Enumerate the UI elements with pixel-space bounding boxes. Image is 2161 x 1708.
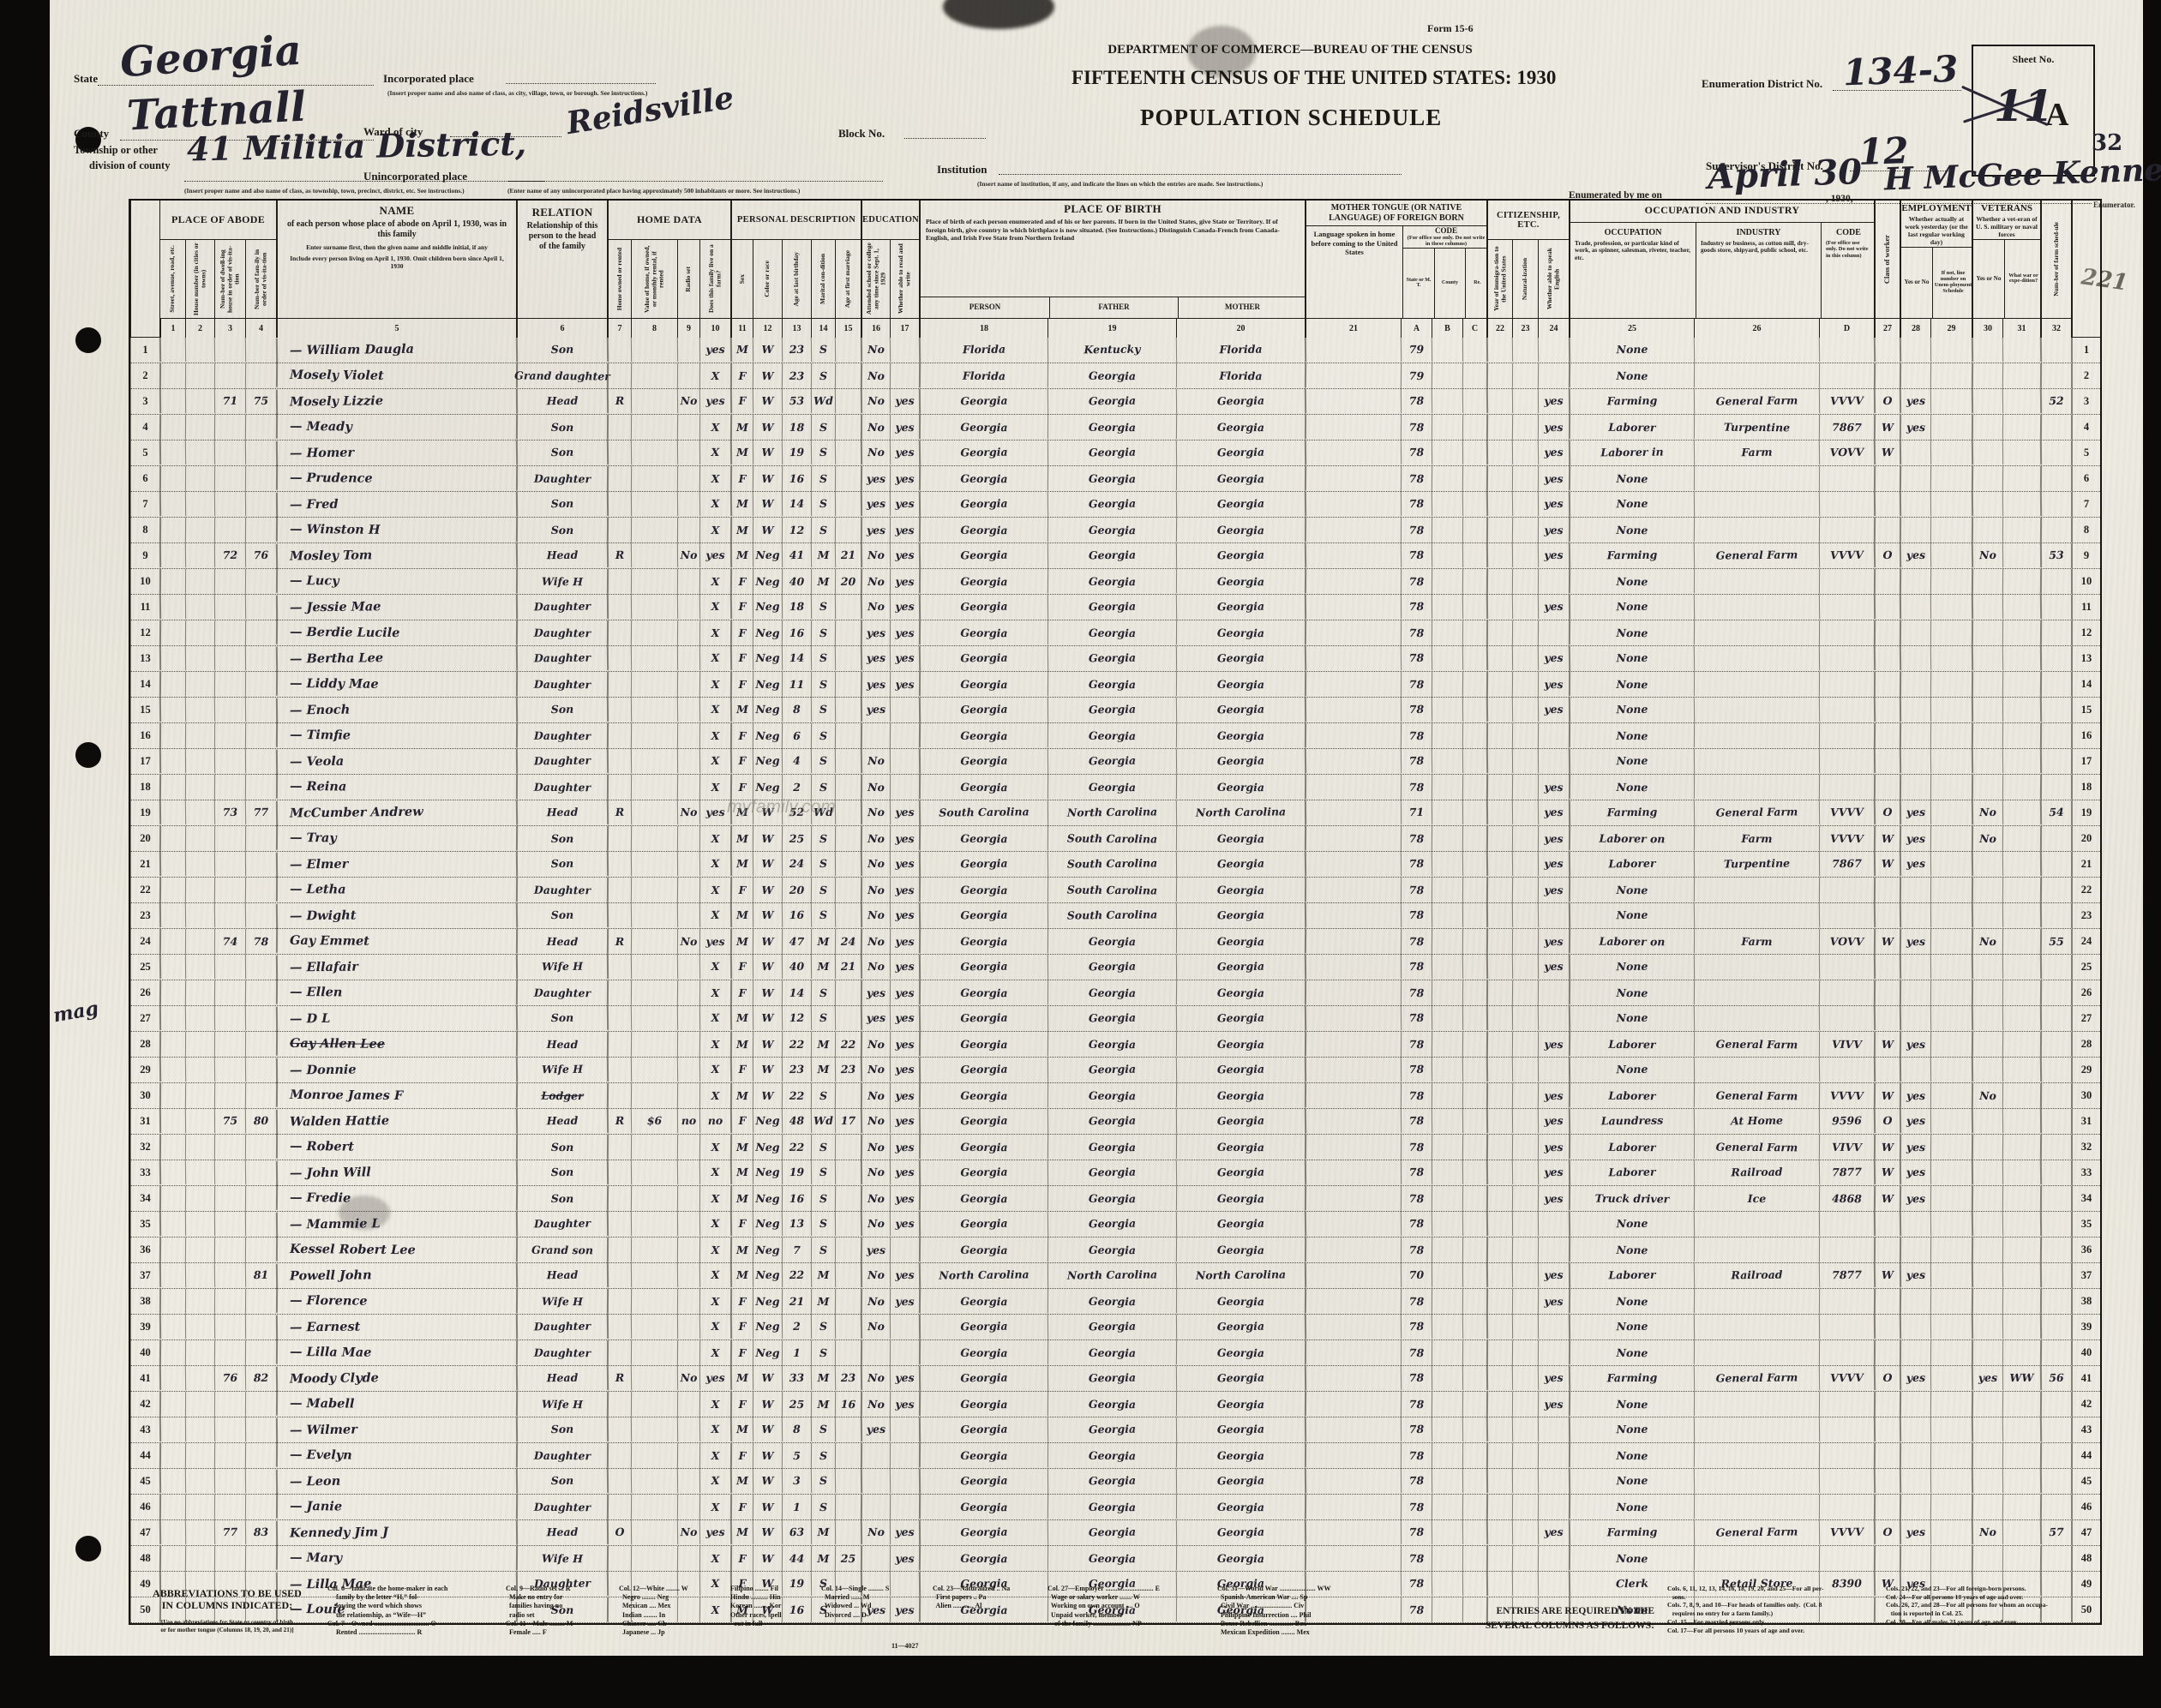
cell-dwelling-number xyxy=(214,594,245,619)
cell-veteran xyxy=(1972,878,2002,902)
cell-house-number xyxy=(185,1443,214,1468)
cell-code-a: 78 xyxy=(1401,569,1432,594)
cell-street xyxy=(159,1083,185,1108)
cell-farm-schedule: 54 xyxy=(2040,800,2071,824)
cell-mother-birthplace: Georgia xyxy=(1176,620,1305,645)
cell-industry xyxy=(1694,1416,1819,1442)
cell-unemployment-line xyxy=(1930,569,1972,594)
cell-farm-schedule xyxy=(2040,723,2071,748)
col-relation: RELATION Relationship of this person to … xyxy=(516,201,607,319)
cell-radio-set xyxy=(677,1032,699,1057)
table-row: 16— TimfieDaughterXFNeg6SGeorgiaGeorgiaG… xyxy=(130,723,2100,749)
cell-marital-condition: S xyxy=(811,1005,835,1030)
cell-age: 11 xyxy=(782,672,811,697)
cell-mother-birthplace: Georgia xyxy=(1176,1416,1305,1442)
cell-class-of-worker xyxy=(1874,902,1900,927)
cell-code-c xyxy=(1462,902,1486,927)
cell-speak-english: yes xyxy=(1538,1083,1569,1108)
cell-line-number: 45 xyxy=(130,1469,159,1494)
cell-sex: M xyxy=(730,851,753,876)
cell-family-number xyxy=(245,851,276,876)
cell-unemployment-line xyxy=(1930,466,1972,491)
cell-industry xyxy=(1694,363,1819,388)
cell-family-number xyxy=(245,569,276,594)
cell-code-b xyxy=(1432,542,1462,567)
cell-year-immigration xyxy=(1486,1289,1512,1314)
cell-street xyxy=(159,878,185,902)
cell-year-immigration xyxy=(1486,491,1512,516)
group-veterans: VETERANS Whether a vet-eran of U. S. mil… xyxy=(1972,201,2040,319)
cell-occupation-code xyxy=(1819,518,1874,543)
cell-attended-school: No xyxy=(861,1211,890,1236)
cell-marital-condition: S xyxy=(811,466,835,491)
cell-speak-english: yes xyxy=(1538,800,1569,824)
cell-read-write: yes xyxy=(890,954,919,979)
cell-line-number-right: 47 xyxy=(2071,1520,2100,1545)
cell-occupation: Laborer xyxy=(1569,1134,1694,1160)
cell-birthplace: Georgia xyxy=(919,1159,1047,1185)
cell-family-number xyxy=(245,1057,276,1082)
cell-family-number: 82 xyxy=(245,1365,276,1390)
cell-code-a: 78 xyxy=(1401,1314,1432,1339)
cell-language xyxy=(1305,775,1401,800)
unincorporated-caption: (Enter name of any unincorporated place … xyxy=(507,187,800,195)
cell-lives-on-farm: X xyxy=(699,1238,730,1262)
cell-street xyxy=(159,337,185,362)
cell-class-of-worker: W xyxy=(1874,1186,1900,1211)
cell-veteran xyxy=(1972,1392,2002,1417)
cell-code-c xyxy=(1462,1005,1486,1030)
text-line: lowing the word which shows xyxy=(327,1602,447,1610)
cell-home-value xyxy=(631,1005,677,1031)
cell-family-number xyxy=(245,1443,276,1468)
cell-relation: Head xyxy=(516,1519,607,1544)
cell-mother-birthplace: Georgia xyxy=(1176,439,1305,465)
cell-class-of-worker: W xyxy=(1874,1083,1900,1108)
cell-language xyxy=(1305,336,1401,362)
cell-code-c xyxy=(1462,1495,1486,1519)
cell-unemployment-line xyxy=(1930,1340,1972,1365)
cell-birthplace: Georgia xyxy=(919,1391,1047,1417)
cell-worked-yesterday xyxy=(1900,645,1930,670)
cell-naturalization xyxy=(1512,1160,1538,1184)
cell-age: 7 xyxy=(782,1238,811,1262)
cell-class-of-worker: W xyxy=(1874,440,1900,464)
cell-naturalization xyxy=(1512,466,1538,491)
cell-farm-schedule xyxy=(2040,1443,2071,1468)
cell-radio-set xyxy=(677,878,699,902)
cell-code-a: 78 xyxy=(1401,491,1432,516)
cell-occupation: Laundress xyxy=(1569,1107,1694,1134)
cell-line-number-right: 37 xyxy=(2071,1263,2100,1288)
cell-dwelling-number: 74 xyxy=(214,929,245,954)
cell-home-value xyxy=(631,1238,677,1262)
cell-street xyxy=(159,723,185,748)
col-attended-school: Attended school or college any time sinc… xyxy=(861,240,890,319)
cell-naturalization xyxy=(1512,1289,1538,1314)
cell-occupation-code: 9596 xyxy=(1819,1108,1874,1134)
cell-code-c xyxy=(1462,645,1486,670)
cell-code-c xyxy=(1462,1340,1486,1365)
cell-unemployment-line xyxy=(1930,1392,1972,1417)
cell-read-write: yes xyxy=(890,929,919,954)
cell-age: 21 xyxy=(782,1289,811,1314)
cell-worked-yesterday xyxy=(1900,491,1930,516)
cell-naturalization xyxy=(1512,1314,1538,1339)
cell-line-number-right: 4 xyxy=(2071,415,2100,440)
cell-code-a: 78 xyxy=(1401,645,1432,670)
col-naturalization: Natural-ization xyxy=(1512,240,1538,319)
cell-occupation: None xyxy=(1569,747,1694,774)
cell-language xyxy=(1305,878,1401,903)
state-line xyxy=(98,84,374,86)
cell-industry xyxy=(1694,1004,1819,1031)
cell-mother-birthplace: Georgia xyxy=(1176,953,1305,980)
cell-marital-condition: S xyxy=(811,620,835,645)
cell-line-number-right: 36 xyxy=(2071,1238,2100,1262)
cell-family-number xyxy=(245,775,276,800)
cell-mother-birthplace: Florida xyxy=(1176,336,1305,363)
cell-age-first-marriage: 25 xyxy=(835,1546,861,1571)
cell-family-number xyxy=(245,748,276,773)
cell-speak-english: yes xyxy=(1538,594,1569,619)
text-line: Working on own account .... O xyxy=(1047,1602,1160,1610)
cell-birthplace: Georgia xyxy=(919,1210,1047,1237)
cell-relation: Son xyxy=(516,902,607,927)
cell-attended-school: No xyxy=(861,929,890,954)
cell-marital-condition: S xyxy=(811,775,835,800)
cell-war xyxy=(2002,980,2040,1005)
text-line: Widowed ... Wd xyxy=(821,1602,889,1610)
cell-house-number xyxy=(185,1340,214,1365)
census-page: State Georgia County Tattnall Township o… xyxy=(0,0,2161,1708)
cell-birthplace: Georgia xyxy=(919,722,1047,748)
cell-street xyxy=(159,388,185,413)
cell-street xyxy=(159,826,185,851)
cell-sex: F xyxy=(730,1546,753,1571)
table-row: 247478Gay EmmetHeadRNoyesMW47M24NoyesGeo… xyxy=(130,929,2100,955)
table-row: 22— LethaDaughterXFW20SNoyesGeorgiaSouth… xyxy=(130,878,2100,903)
cell-code-c xyxy=(1462,723,1486,748)
cell-class-of-worker xyxy=(1874,1314,1900,1339)
col-color-race: Color or race xyxy=(753,240,782,319)
cell-language xyxy=(1305,1210,1401,1236)
cell-industry xyxy=(1694,336,1819,363)
cell-attended-school xyxy=(861,1443,890,1468)
cell-home-value xyxy=(631,929,677,954)
cell-war xyxy=(2002,594,2040,620)
cell-color-race: W xyxy=(753,388,782,413)
cell-naturalization xyxy=(1512,1365,1538,1390)
cell-home-owned-rented xyxy=(607,491,631,516)
cell-mother-birthplace: Georgia xyxy=(1176,774,1305,800)
cell-line-number-right: 43 xyxy=(2071,1417,2100,1442)
text-line: Spanish-American War .... Sp xyxy=(1217,1593,1330,1602)
abbrev-col6-7: Col. 6—Indicate the home-maker in each f… xyxy=(327,1585,447,1637)
enum-district-value: 134-3 xyxy=(1842,48,1959,94)
cell-house-number xyxy=(185,1005,214,1030)
cell-radio-set xyxy=(677,954,699,979)
cell-father-birthplace: Georgia xyxy=(1047,980,1176,1005)
cell-class-of-worker xyxy=(1874,337,1900,362)
cell-language xyxy=(1305,1289,1401,1315)
cell-street xyxy=(159,415,185,440)
cell-family-number xyxy=(245,1289,276,1314)
cell-read-write: yes xyxy=(890,1519,919,1544)
cell-house-number xyxy=(185,363,214,388)
cell-speak-english: yes xyxy=(1538,1519,1569,1544)
col-age: Age at last birthday xyxy=(782,240,811,319)
cell-industry: General Farm xyxy=(1694,1082,1819,1108)
cell-street xyxy=(159,980,185,1005)
cell-occupation: None xyxy=(1569,517,1694,542)
cell-father-birthplace: Georgia xyxy=(1047,1134,1176,1160)
cell-unemployment-line xyxy=(1930,388,1972,414)
cell-relation: Son xyxy=(516,336,607,362)
cell-sex: F xyxy=(730,672,753,697)
cell-family-number xyxy=(245,1160,276,1184)
cell-naturalization xyxy=(1512,1468,1538,1493)
cell-industry: Turpentine xyxy=(1694,414,1819,440)
column-number: 5 xyxy=(276,319,516,338)
cell-age-first-marriage xyxy=(835,620,861,645)
cell-veteran xyxy=(1972,466,2002,491)
cell-unemployment-line xyxy=(1930,542,1972,568)
cell-year-immigration xyxy=(1486,1571,1512,1596)
cell-year-immigration xyxy=(1486,1262,1512,1287)
cell-naturalization xyxy=(1512,902,1538,927)
cell-birthplace: Georgia xyxy=(919,465,1047,491)
cell-relation: Grand daughter xyxy=(516,363,607,389)
cell-naturalization xyxy=(1512,1108,1538,1133)
cell-line-number: 26 xyxy=(130,980,159,1005)
entries-required-list-1: Cols. 6, 11, 12, 13, 14, 16, 18, 19, 20,… xyxy=(1667,1585,1823,1634)
cell-sex: F xyxy=(730,388,753,413)
cell-language xyxy=(1305,1443,1401,1469)
text-line: Negro ........ Neg xyxy=(619,1593,688,1602)
cell-lives-on-farm: X xyxy=(699,1135,730,1160)
cell-sex: F xyxy=(730,1495,753,1519)
cell-mother-birthplace: Georgia xyxy=(1176,1237,1305,1262)
cell-unemployment-line xyxy=(1930,1495,1972,1519)
cell-worked-yesterday xyxy=(1900,902,1930,927)
cell-relation: Daughter xyxy=(516,775,607,800)
cell-code-b xyxy=(1432,1160,1462,1184)
cell-code-a: 78 xyxy=(1401,672,1432,697)
cell-home-value xyxy=(631,878,677,902)
cell-birthplace: Georgia xyxy=(919,928,1047,954)
cell-marital-condition: M xyxy=(811,1262,835,1287)
cell-class-of-worker xyxy=(1874,1546,1900,1571)
cell-war xyxy=(2002,1186,2040,1211)
cell-naturalization xyxy=(1512,388,1538,413)
cell-name: — Mammie L xyxy=(276,1209,516,1237)
cell-class-of-worker xyxy=(1874,672,1900,697)
cell-worked-yesterday xyxy=(1900,594,1930,619)
cell-relation: Wife H xyxy=(516,953,607,979)
cell-year-immigration xyxy=(1486,569,1512,594)
cell-line-number-right: 5 xyxy=(2071,440,2100,465)
cell-mother-birthplace: Georgia xyxy=(1176,825,1305,851)
cell-mother-birthplace: Georgia xyxy=(1176,490,1305,517)
table-header: PLACE OF ABODE Street, avenue, road, etc… xyxy=(130,201,2100,338)
cell-industry xyxy=(1694,722,1819,748)
cell-war xyxy=(2002,518,2040,542)
cell-lives-on-farm: X xyxy=(699,1571,730,1596)
cell-occupation-code xyxy=(1819,569,1874,595)
cell-sex: F xyxy=(730,620,753,645)
cell-attended-school: yes xyxy=(861,697,890,722)
cell-age: 14 xyxy=(782,980,811,1005)
cell-attended-school: yes xyxy=(861,466,890,491)
cell-mother-birthplace: Georgia xyxy=(1176,1467,1305,1494)
text-line: [Use no abbreviations for State or count… xyxy=(129,1619,326,1627)
table-row: 4— MeadySonXMW18SNoyesGeorgiaGeorgiaGeor… xyxy=(130,415,2100,440)
sheet-letter: A xyxy=(2045,96,2068,134)
cell-father-birthplace: Georgia xyxy=(1047,1339,1176,1365)
cell-occupation: Laborer in xyxy=(1569,439,1694,465)
text-line: Cols. 6, 11, 12, 13, 14, 16, 18, 19, 20,… xyxy=(1667,1585,1823,1593)
cell-occupation-code: 7877 xyxy=(1819,1160,1874,1185)
table-row: 23— DwightSonXMW16SNoyesGeorgiaSouth Car… xyxy=(130,903,2100,929)
cell-age-first-marriage xyxy=(835,800,861,824)
col-code-a: State or M. T. xyxy=(1403,249,1434,318)
cell-radio-set xyxy=(677,1392,699,1417)
cell-worked-yesterday: yes xyxy=(1900,388,1930,413)
cell-code-b xyxy=(1432,388,1462,413)
cell-name: — Leon xyxy=(276,1466,516,1494)
cell-code-b xyxy=(1432,1108,1462,1133)
township-caption: (Insert proper name and also name of cla… xyxy=(184,187,465,195)
table-row: 39— EarnestDaughterXFNeg2SNoGeorgiaGeorg… xyxy=(130,1315,2100,1340)
cell-read-write: yes xyxy=(890,826,919,851)
cell-home-owned-rented: R xyxy=(607,929,631,954)
cell-speak-english: yes xyxy=(1538,466,1569,491)
cell-street xyxy=(159,1392,185,1417)
cell-occupation-code: VVVV xyxy=(1819,1365,1874,1391)
cell-home-owned-rented xyxy=(607,518,631,542)
cell-worked-yesterday xyxy=(1900,697,1930,722)
cell-code-a: 78 xyxy=(1401,388,1432,413)
text-line: radio set xyxy=(506,1611,573,1620)
cell-sex: M xyxy=(730,1468,753,1493)
cell-sex: M xyxy=(730,1186,753,1211)
cell-war xyxy=(2002,1211,2040,1237)
text-line: Col. 15—For married persons only. xyxy=(1667,1618,1823,1627)
cell-language xyxy=(1305,1135,1401,1160)
cell-naturalization xyxy=(1512,620,1538,645)
cell-line-number-right: 29 xyxy=(2071,1058,2100,1082)
cell-year-immigration xyxy=(1486,518,1512,542)
cell-sex: F xyxy=(730,980,753,1005)
cell-veteran xyxy=(1972,1108,2002,1133)
cell-speak-english xyxy=(1538,620,1569,645)
table-row: 27— D LSonXMW12SyesyesGeorgiaGeorgiaGeor… xyxy=(130,1006,2100,1032)
cell-worked-yesterday: yes xyxy=(1900,1365,1930,1390)
cell-naturalization xyxy=(1512,440,1538,464)
cell-marital-condition: S xyxy=(811,491,835,516)
cell-attended-school: No xyxy=(861,1135,890,1160)
cell-birthplace: Georgia xyxy=(919,980,1047,1005)
cell-family-number: 80 xyxy=(245,1108,276,1133)
cell-name: — Timfie xyxy=(276,722,516,749)
cell-occupation-code xyxy=(1819,363,1874,389)
cell-language xyxy=(1305,1083,1401,1109)
cell-code-b xyxy=(1432,1495,1462,1519)
cell-name: Kennedy Jim J xyxy=(276,1518,516,1545)
cell-family-number: 75 xyxy=(245,388,276,413)
cell-code-c xyxy=(1462,826,1486,851)
cell-marital-condition: S xyxy=(811,440,835,464)
cell-code-b xyxy=(1432,1135,1462,1160)
cell-attended-school xyxy=(861,1495,890,1519)
cell-code-a: 78 xyxy=(1401,929,1432,954)
cell-veteran xyxy=(1972,1005,2002,1030)
cell-line-number: 3 xyxy=(130,389,159,414)
cell-house-number xyxy=(185,518,214,542)
cell-mother-birthplace: North Carolina xyxy=(1176,1262,1305,1288)
cell-naturalization xyxy=(1512,569,1538,594)
cell-attended-school: yes xyxy=(861,518,890,542)
cell-marital-condition: S xyxy=(811,826,835,851)
col-dwelling-number: Num-ber of dwell-ing house in order of v… xyxy=(214,240,245,319)
cell-code-a: 78 xyxy=(1401,518,1432,542)
cell-marital-condition: S xyxy=(811,415,835,440)
cell-code-a: 78 xyxy=(1401,851,1432,876)
cell-unemployment-line xyxy=(1930,594,1972,620)
cell-year-immigration xyxy=(1486,775,1512,800)
cell-street xyxy=(159,1186,185,1211)
cell-war xyxy=(2002,954,2040,980)
cell-name: — Dwight xyxy=(276,901,516,928)
cell-read-write: yes xyxy=(890,800,919,824)
cell-veteran xyxy=(1972,1057,2002,1082)
cell-war xyxy=(2002,697,2040,722)
cell-family-number xyxy=(245,826,276,851)
cell-farm-schedule xyxy=(2040,466,2071,491)
text-line: Col. 9—Radio set ... R xyxy=(506,1585,573,1593)
cell-language xyxy=(1305,1519,1401,1544)
cell-radio-set: No xyxy=(677,1519,699,1544)
cell-home-owned-rented: R xyxy=(607,1108,631,1133)
cell-line-number: 44 xyxy=(130,1443,159,1468)
cell-mother-birthplace: Georgia xyxy=(1176,517,1305,542)
column-number: 18 xyxy=(919,319,1047,338)
cell-industry: Farm xyxy=(1694,439,1819,465)
cell-age: 4 xyxy=(782,748,811,773)
cell-veteran xyxy=(1972,440,2002,464)
column-number: 27 xyxy=(1874,319,1900,338)
column-number: 3 xyxy=(214,319,245,338)
col-worked-yesterday: Yes or No xyxy=(1901,248,1932,318)
cell-occupation: None xyxy=(1569,671,1694,697)
cell-war xyxy=(2002,645,2040,671)
cell-class-of-worker xyxy=(1874,1057,1900,1082)
cell-home-value xyxy=(631,748,677,774)
cell-relation: Head xyxy=(516,387,607,413)
cell-read-write: yes xyxy=(890,1289,919,1314)
cell-age-first-marriage xyxy=(835,672,861,697)
cell-war xyxy=(2002,929,2040,954)
cell-industry xyxy=(1694,593,1819,620)
cell-occupation-code xyxy=(1819,878,1874,903)
cell-line-number: 4 xyxy=(130,415,159,440)
cell-read-write: yes xyxy=(890,542,919,567)
cell-radio-set: No xyxy=(677,800,699,824)
cell-code-a: 78 xyxy=(1401,1468,1432,1493)
cell-home-owned-rented xyxy=(607,363,631,388)
cell-age-first-marriage: 17 xyxy=(835,1108,861,1133)
